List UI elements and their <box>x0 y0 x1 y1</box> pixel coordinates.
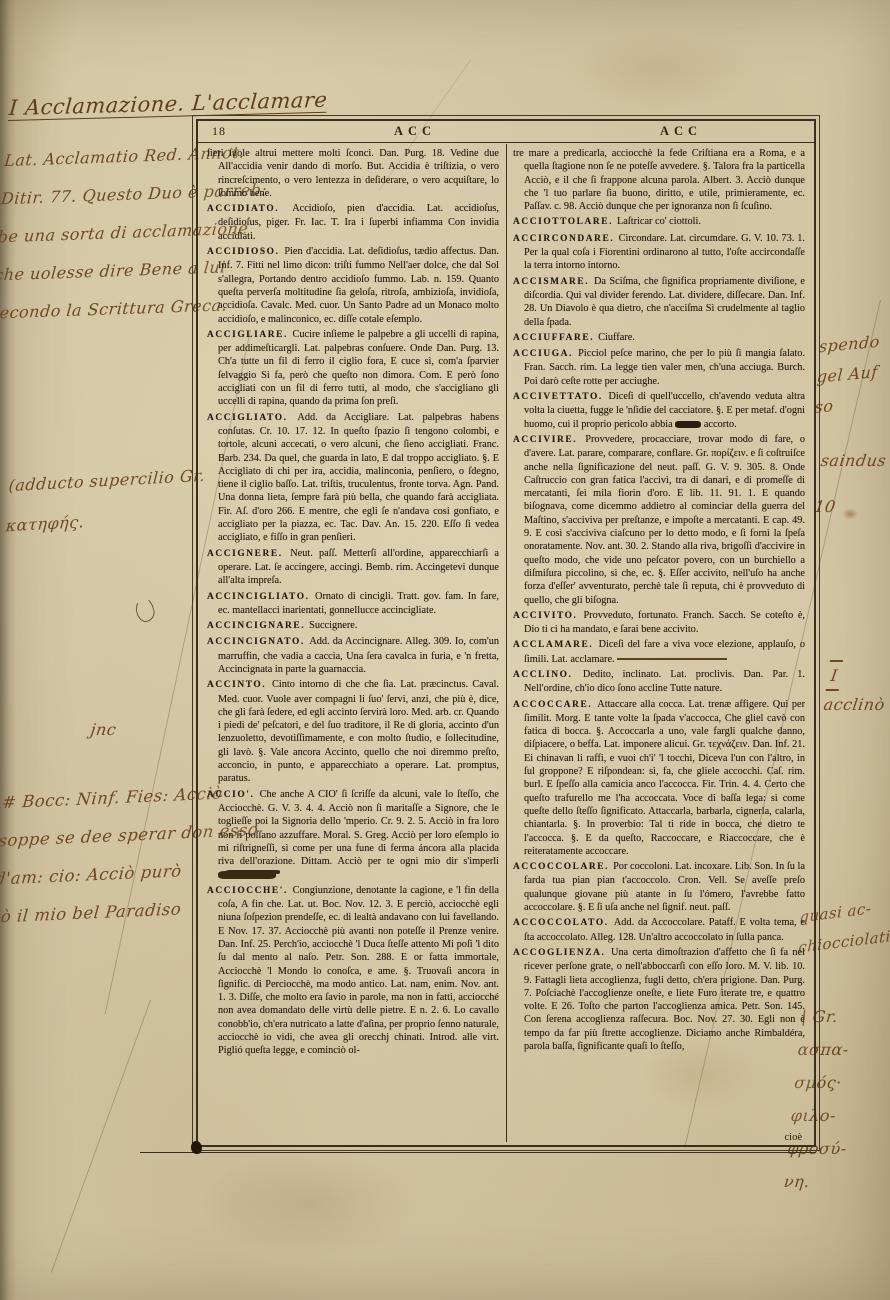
entry-body: Provvedere, procacciare, trovar modo di … <box>524 434 805 606</box>
entry-headword: ACCLINO. <box>513 670 583 680</box>
scratch-mark <box>51 1000 151 1273</box>
entry-body: Laſtricar co' ciottoli. <box>617 216 701 227</box>
dictionary-entry: ACCINTO. Cinto intorno di che che ſia. L… <box>207 678 499 785</box>
entry-headword: ACCIUFFARE. <box>513 333 598 343</box>
dictionary-entry: ACCIGNERE. Neut. paſſ. Metterſi all'ordi… <box>207 547 499 588</box>
dictionary-entry: ACCIVIRE. Provvedere, procacciare, trova… <box>513 433 805 607</box>
dictionary-entry: ACCIRCONDARE. Circondare. Lat. circumdar… <box>513 232 805 273</box>
dictionary-entry: ſieri ſuole altrui mettere molti ſconci.… <box>207 147 499 200</box>
dictionary-entry: ACCIVITO. Provveduto, fortunato. Franch.… <box>513 609 805 637</box>
print-frame: 18 ACC ACC ſieri ſuole altrui mettere mo… <box>196 119 816 1147</box>
entry-body: ſieri ſuole altrui mettere molti ſconci.… <box>207 148 499 199</box>
marginalia-note-right-2: saindus10 <box>811 438 889 530</box>
paper-stain <box>560 30 760 110</box>
ink-flourish <box>218 871 276 879</box>
dictionary-entry: ACCOCCOLATO. Add. da Accoccolare. Pataff… <box>513 916 805 944</box>
page-number: 18 <box>198 124 282 139</box>
entry-body: Ciuffare. <box>598 332 635 343</box>
entry-headword: ACCINCIGLIATO. <box>207 592 315 602</box>
dictionary-entry: ACCOCCARE. Attaccare alla cocca. Lat. tr… <box>513 698 805 859</box>
dictionary-entry: ACCIOTTOLARE. Laſtricar co' ciottoli. <box>513 215 805 229</box>
entry-body: Cucire inſieme le palpebre a gli uccelli… <box>218 329 499 407</box>
right-column: tre mare a predicarla, acciocchè la fede… <box>513 147 805 1127</box>
paper-stain <box>200 1150 420 1260</box>
entry-headword: ACCINTO. <box>207 680 272 690</box>
entry-headword: ACCIUGA. <box>513 349 578 359</box>
entry-headword: ACCIGNERE. <box>207 549 290 559</box>
entry-headword: ACCOCCOLARE. <box>513 862 613 872</box>
entry-headword: ACCIOTTOLARE. <box>513 217 617 227</box>
entry-headword: ACCINCIGNATO. <box>207 637 309 647</box>
entry-headword: ACCIVIRE. <box>513 435 585 445</box>
inked-out-word <box>675 421 701 428</box>
entry-headword: ACCIOCCHE'. <box>207 886 293 896</box>
page-scan: I Acclamazione. L'acclamare Lat. Acclama… <box>0 0 890 1300</box>
ink-blob-corner <box>191 1141 202 1154</box>
entry-body: Cinto intorno di che che ſia. Lat. præci… <box>218 679 499 784</box>
handwriting-line: so <box>814 387 877 423</box>
entry-body: tre mare a predicarla, acciocchè la fede… <box>513 148 805 212</box>
ink-loop-mark <box>133 596 156 624</box>
catchword: cioè <box>785 1132 803 1143</box>
text-columns: ſieri ſuole altrui mettere molti ſconci.… <box>207 147 805 1127</box>
dictionary-entry: ACCIDIATO. Accidioſo, pien d'accidia. La… <box>207 202 499 243</box>
dictionary-entry: ACCINCIGNARE. Succignere. <box>207 619 499 633</box>
dictionary-entry: ACCOCCOLARE. Por coccoloni. Lat. incoxar… <box>513 860 805 914</box>
dictionary-entry: ACCIDIOSO. Pien d'accidia. Lat. deſidioſ… <box>207 245 499 326</box>
entry-headword: ACCOCCARE. <box>513 700 597 710</box>
bottom-rule <box>140 1152 816 1153</box>
dictionary-entry: ACCINCIGNATO. Add. da Accincignare. Alle… <box>207 635 499 676</box>
entry-body: Succignere. <box>309 620 357 631</box>
handwritten-dash <box>617 658 727 660</box>
dictionary-entry: tre mare a predicarla, acciocchè la fede… <box>513 147 805 213</box>
entry-headword: ACCIO'. <box>207 790 260 800</box>
entry-headword: ACCIVETTATO. <box>513 392 608 402</box>
entry-headword: ACCOGLIENZA. <box>513 948 611 958</box>
marginalia-note-acclino: Iacclinò <box>822 660 890 718</box>
dictionary-entry: ACCINCIGLIATO. Ornato di cincigli. Tratt… <box>207 590 499 618</box>
entry-body: Pien d'accidia. Lat. deſidioſus, tædio a… <box>218 246 499 324</box>
handwriting-line: 10 <box>811 484 883 530</box>
entry-body: Add. da Accigliare. Lat. palpebras haben… <box>218 412 499 544</box>
dictionary-entry: ACCIGLIATO. Add. da Accigliare. Lat. pal… <box>207 411 499 545</box>
masthead: 18 ACC ACC <box>198 121 814 143</box>
handwriting-line: νη. <box>782 1165 845 1198</box>
entry-headword: ACCOCCOLATO. <box>513 918 614 928</box>
entry-body: Una certa dimoſtrazion d'affetto che ſi … <box>524 947 805 1052</box>
marginalia-title: I Acclamazione. L'acclamare <box>8 88 328 120</box>
running-head-right: ACC <box>548 124 814 139</box>
dictionary-entry: ACCIO'. Che anche A CIO' ſi ſcriſſe da a… <box>207 788 499 882</box>
marginalia-note-mid-left: (adducto supercilio Gr.κατηφής. <box>4 456 206 547</box>
marginalia-jnc-mark: jnc <box>89 720 117 739</box>
handwriting-line: acclinò <box>822 691 887 718</box>
dictionary-entry: ACCIOCCHE'. Congiunzione, denotante la c… <box>207 884 499 1058</box>
dictionary-entry: ACCIGLIARE. Cucire inſieme le palpebre a… <box>207 328 499 409</box>
handwriting-line: saindus <box>818 438 890 484</box>
entry-headword: ACCIDIOSO. <box>207 247 284 257</box>
entry-headword: ACCIGLIATO. <box>207 413 297 423</box>
dictionary-entry: ACCIUGA. Picciol peſce marino, che per l… <box>513 347 805 388</box>
entry-body: Congiunzione, denotante la cagione, e 'l… <box>218 885 499 1057</box>
dictionary-entry: ACCOGLIENZA. Una certa dimoſtrazion d'af… <box>513 946 805 1053</box>
dictionary-entry: ACCISMARE. Da Sciſma, che ſignifica prop… <box>513 275 805 329</box>
entry-body: Che anche A CIO' ſi ſcriſſe da alcuni, v… <box>218 789 499 881</box>
dictionary-entry: ACCIUFFARE. Ciuffare. <box>513 331 805 345</box>
handwriting-line: I <box>826 660 843 691</box>
entry-headword: ACCIVITO. <box>513 611 583 621</box>
entry-headword: ACCINCIGNARE. <box>207 621 309 631</box>
dictionary-entry: ACCLINO. Dedito, inclinato. Lat. procliv… <box>513 668 805 696</box>
entry-headword: ACCIRCONDARE. <box>513 234 619 244</box>
entry-body: Attaccare alla cocca. Lat. trenæ affiger… <box>524 699 805 857</box>
entry-headword: ACCIDIATO. <box>207 204 292 214</box>
left-column: ſieri ſuole altrui mettere molti ſconci.… <box>207 147 499 1127</box>
dictionary-entry: ACCIVETTATO. Diceſi di quell'uccello, ch… <box>513 390 805 431</box>
entry-headword: ACCISMARE. <box>513 277 594 287</box>
entry-headword: ACCLAMARE. <box>513 640 599 650</box>
dictionary-entry: ACCLAMARE. Diceſi del fare a viva voce e… <box>513 638 805 666</box>
handwriting-line: gel Auf <box>816 357 879 393</box>
